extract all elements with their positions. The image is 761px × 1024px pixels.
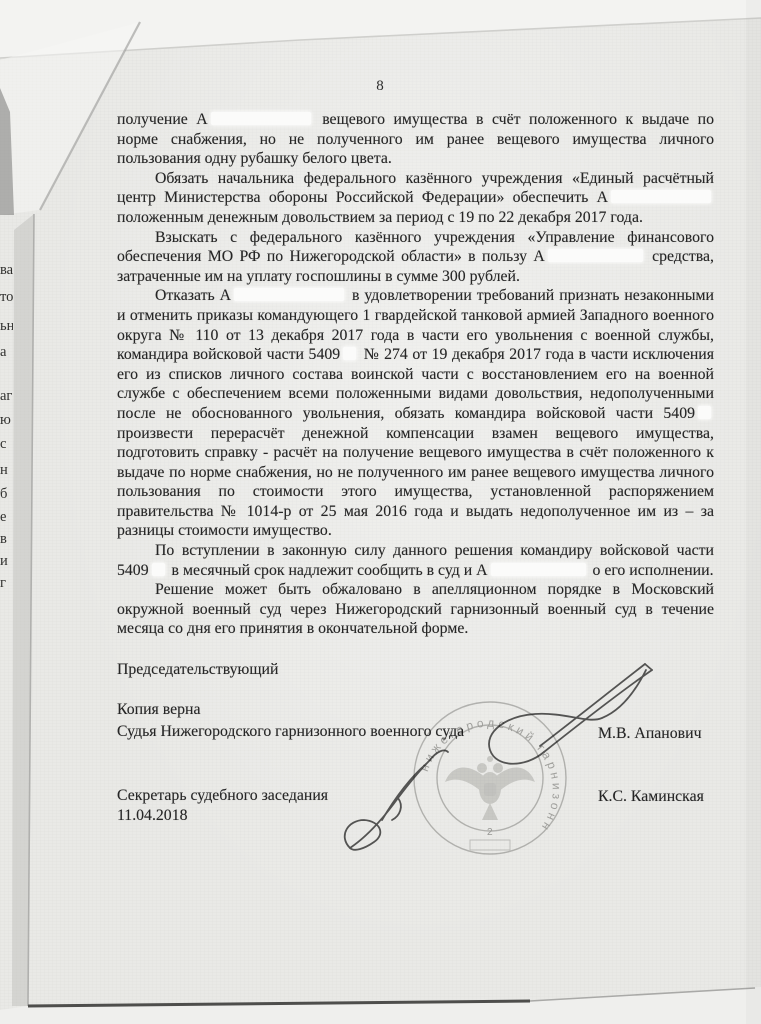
coat-of-arms-eagle-icon [445, 756, 535, 820]
secretary-title: Секретарь судебного заседания [117, 787, 328, 805]
edge-fragment: то [0, 289, 13, 306]
bottom-light-edge-line [530, 988, 755, 1001]
edge-fragment: г [0, 575, 13, 592]
document-date: 11.04.2018 [117, 807, 188, 825]
document-body: получение А вещевого имущества в счёт по… [117, 110, 714, 639]
edge-fragment: н [0, 462, 13, 479]
bottom-dark-edge-line [28, 1001, 530, 1006]
paragraph: Решение может быть обжаловано в апелляци… [117, 580, 714, 639]
redaction-box [491, 563, 586, 576]
redaction-box [548, 249, 643, 262]
top-page-edge-strip [0, 0, 761, 58]
right-edge-shade [746, 0, 761, 1024]
edge-fragment: ьн [0, 318, 13, 335]
redaction-box [234, 288, 344, 301]
secretary-name: К.С. Каминская [598, 788, 704, 806]
edge-fragment: е [0, 509, 13, 526]
redaction-box [152, 563, 165, 576]
left-page-edge-line [28, 214, 34, 1006]
fold-shadow [0, 88, 14, 215]
paragraph: получение А вещевого имущества в счёт по… [117, 110, 714, 169]
seal-center-number: 2 [487, 827, 493, 838]
edge-fragment: б [0, 486, 13, 503]
presiding-label: Председательствующий [117, 661, 278, 679]
seal-number-box [470, 840, 510, 850]
edge-fragment: а [0, 344, 13, 361]
judge-name: М.В. Апанович [598, 725, 702, 743]
edge-fragment: аг [0, 388, 13, 405]
edge-fragment: ю [0, 412, 13, 429]
redaction-box [343, 347, 356, 360]
edge-fragment: и [0, 553, 13, 570]
judge-signature [489, 664, 652, 764]
left-page-gap [12, 214, 34, 1006]
redaction-box [211, 112, 311, 125]
paragraph: Обязать начальника федерального казённог… [117, 169, 714, 228]
court-seal-stamp: нижегородский гарнизонн 2 [400, 688, 580, 868]
judge-title: Судья Нижегородского гарнизонного военно… [117, 723, 464, 741]
paragraph: Отказать А в удовлетворении требований п… [117, 286, 714, 541]
signatures [330, 640, 690, 860]
copy-note: Копия верна [117, 701, 201, 719]
scanned-document-page: 8 получение А вещевого имущества в счёт … [0, 0, 761, 1024]
secretary-signature [345, 750, 448, 849]
paragraph: Взыскать с федерального казённого учрежд… [117, 228, 714, 287]
page-number: 8 [90, 78, 670, 95]
redaction-box [611, 190, 711, 203]
edge-fragment: с [0, 436, 13, 453]
edge-fragment: ва [0, 262, 13, 279]
redaction-box [698, 406, 711, 419]
edge-fragment: в [0, 531, 13, 548]
top-page-edge-line [0, 18, 761, 58]
paragraph: По вступлении в законную силу данного ре… [117, 541, 714, 580]
bottom-page-edge-strip [0, 987, 761, 1024]
